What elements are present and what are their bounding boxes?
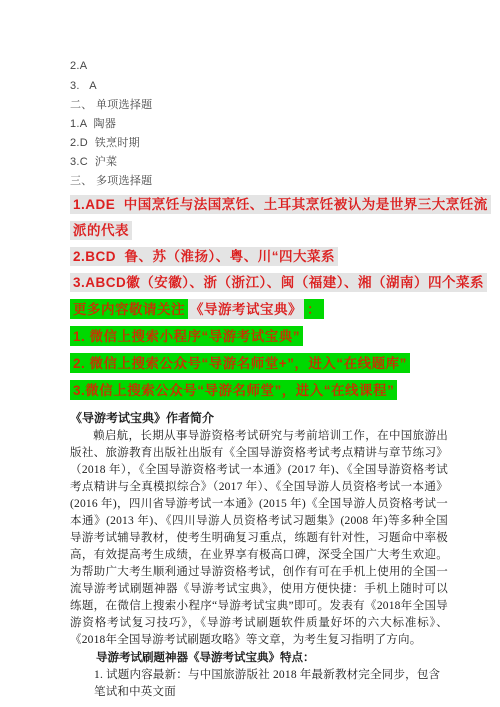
- highlighted-answer-text: 2.BCD 鲁、苏（淮扬）、粤、川“四大菜系: [70, 247, 338, 266]
- highlighted-answer-text: 3.ABCD徽（安徽）、浙（浙江）、闽（福建）、湘（湖南）四个菜系: [70, 273, 487, 292]
- highlighted-answer-row: 2.BCD 鲁、苏（淮扬）、粤、川“四大菜系: [70, 247, 448, 266]
- document-content: 2.A 3. A 二、 单项选择题 1.A 陶器 2.D 铁烹时期 3.C 沪菜…: [70, 60, 448, 701]
- highlighted-answer-row: 派的代表: [70, 221, 448, 240]
- promo-step-row: 3.微信上搜索公众号“导游名师堂”，进入“在线课程”: [70, 380, 448, 400]
- promo-step-text: 1. 微信上搜索小程序“导游考试宝典”: [70, 326, 303, 346]
- answer-line: 1.A 陶器: [70, 118, 448, 130]
- promo-step-row: 2. 微信上搜索公众号“导游名师堂+”，进入“在线题库”: [70, 353, 448, 373]
- author-intro-heading: 《导游考试宝典》作者简介: [70, 410, 448, 426]
- promo-lead-suffix: ：: [304, 299, 324, 319]
- highlighted-answers-section: 1.ADE 中国烹饪与法国烹饪、土耳其烹饪被认为是世界三大烹饪流 派的代表 2.…: [70, 195, 448, 292]
- author-intro-paragraph: 赖启航，长期从事导游资格考试研究与考前培训工作，在中国旅游出版社、旅游教育出版社…: [70, 428, 448, 649]
- answer-line: 2.D 铁烹时期: [70, 137, 448, 149]
- promo-book-title: 《导游考试宝典》: [188, 299, 304, 319]
- features-heading: 导游考试刷题神器《导游考试宝典》特点：: [70, 650, 448, 667]
- promo-lead-prefix: 更多内容敬请关注: [70, 299, 188, 319]
- author-intro-section: 《导游考试宝典》作者简介 赖启航，长期从事导游资格考试研究与考前培训工作，在中国…: [70, 410, 448, 701]
- section-heading-multi-choice: 三、 多项选择题: [70, 175, 448, 187]
- highlighted-answer-row: 3.ABCD徽（安徽）、浙（浙江）、闽（福建）、湘（湖南）四个菜系: [70, 273, 448, 292]
- promo-step-text: 3.微信上搜索公众号“导游名师堂”，进入“在线课程”: [70, 380, 397, 400]
- section-heading-single-choice: 二、 单项选择题: [70, 99, 448, 111]
- highlighted-answer-text: 派的代表: [70, 221, 132, 240]
- answer-line: 3. A: [70, 80, 448, 92]
- promo-lead-row: 更多内容敬请关注《导游考试宝典》：: [70, 299, 448, 319]
- document-page: 2.A 3. A 二、 单项选择题 1.A 陶器 2.D 铁烹时期 3.C 沪菜…: [0, 0, 500, 707]
- feature-line: 1. 试题内容最新：与中国旅游版社 2018 年最新教材完全同步，包含笔试和中英…: [70, 667, 448, 701]
- answer-line: 2.A: [70, 60, 448, 72]
- highlighted-answer-text: 1.ADE 中国烹饪与法国烹饪、土耳其烹饪被认为是世界三大烹饪流: [70, 195, 491, 214]
- answer-line: 3.C 沪菜: [70, 156, 448, 168]
- promo-section: 更多内容敬请关注《导游考试宝典》： 1. 微信上搜索小程序“导游考试宝典” 2.…: [70, 299, 448, 400]
- highlighted-answer-row: 1.ADE 中国烹饪与法国烹饪、土耳其烹饪被认为是世界三大烹饪流: [70, 195, 448, 214]
- promo-step-text: 2. 微信上搜索公众号“导游名师堂+”，进入“在线题库”: [70, 353, 410, 373]
- promo-step-row: 1. 微信上搜索小程序“导游考试宝典”: [70, 326, 448, 346]
- answer-key-section: 2.A 3. A 二、 单项选择题 1.A 陶器 2.D 铁烹时期 3.C 沪菜…: [70, 60, 448, 187]
